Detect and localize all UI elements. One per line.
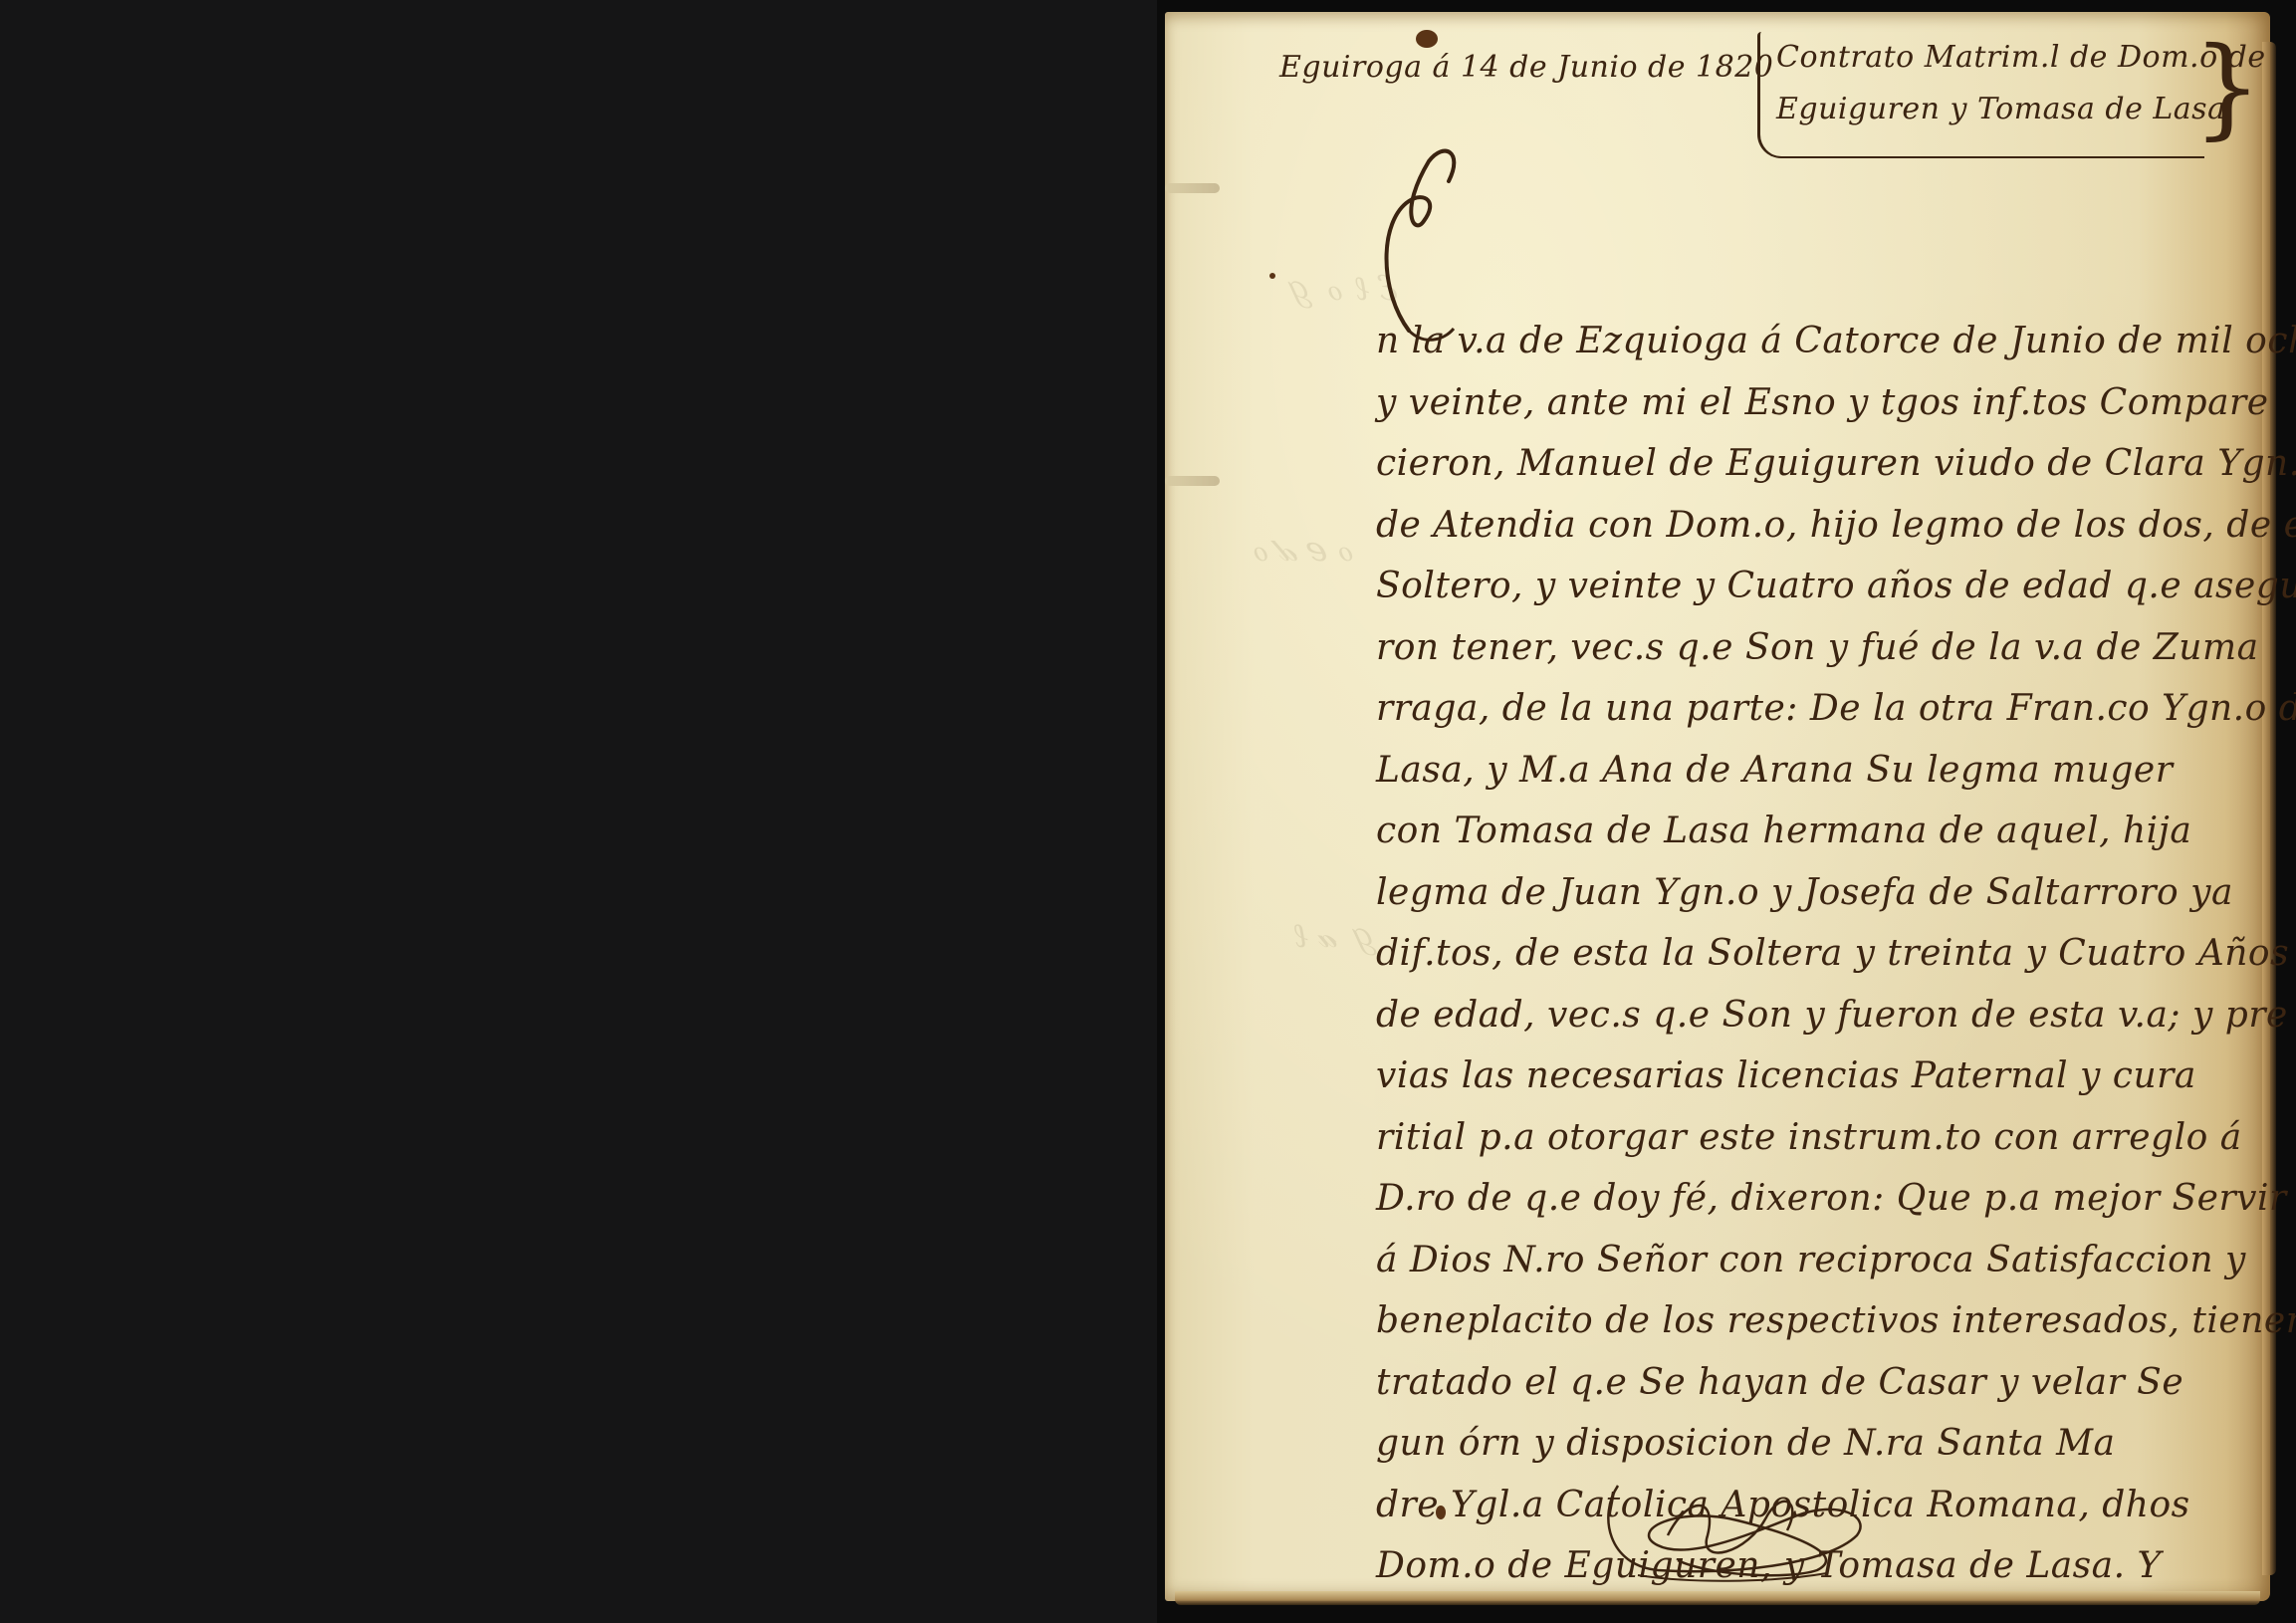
manuscript-page: ℰ ℓ ℴ ℊ ℴ ℯ 𝒹 ℴ ℊ 𝒶 ℓ Eguiroga á 14 de J… (1165, 12, 2270, 1601)
text-line: legma de Juan Ygn.o y Josefa de Saltarro… (1376, 862, 2212, 924)
manuscript-body: n la v.a de Ezquioga á Catorce de Junio … (1376, 311, 2212, 1597)
text-line: á Dios N.ro Señor con reciproca Satisfac… (1376, 1230, 2212, 1291)
title-line-2: Eguiguren y Tomasa de Lasa (1776, 84, 2204, 135)
text-line: Lasa, y M.a Ana de Arana Su legma muger (1376, 740, 2212, 802)
title-line-1: Contrato Matrim.l de Dom.o de (1776, 32, 2204, 84)
text-line: tratado el q.e Se hayan de Casar y velar… (1376, 1352, 2212, 1414)
text-line: de edad, vec.s q.e Son y fueron de esta … (1376, 985, 2212, 1046)
closing-brace: } (2192, 32, 2262, 141)
text-line: D.ro de q.e doy fé, dixeron: Que p.a mej… (1376, 1168, 2212, 1230)
binding-thread-top (1165, 183, 1220, 193)
bleed-through-text: ℊ 𝒶 ℓ (1294, 908, 1382, 957)
text-line: con Tomasa de Lasa hermana de aquel, hij… (1376, 801, 2212, 862)
text-line: ron tener, vec.s q.e Son y fué de la v.a… (1376, 617, 2212, 679)
binding-thread-middle (1165, 476, 1220, 486)
place-date-heading: Eguiroga á 14 de Junio de 1820 (1279, 50, 1773, 85)
text-line: cieron, Manuel de Eguiguren viudo de Cla… (1376, 433, 2212, 495)
signature-rubric (1598, 1476, 1877, 1585)
text-line: Soltero, y veinte y Cuatro años de edad … (1376, 556, 2212, 617)
image-viewer: ℰ ℓ ℴ ℊ ℴ ℯ 𝒹 ℴ ℊ 𝒶 ℓ Eguiroga á 14 de J… (0, 0, 2296, 1623)
page-edge-right (2262, 42, 2276, 1575)
bleed-through-text: ℴ ℯ 𝒹 ℴ (1255, 530, 1355, 570)
text-line: vias las necesarias licencias Paternal y… (1376, 1045, 2212, 1107)
text-line: ritial p.a otorgar este instrum.to con a… (1376, 1107, 2212, 1169)
text-line: de Atendia con Dom.o, hijo legmo de los … (1376, 495, 2212, 557)
text-line: gun órn y disposicion de N.ra Santa Ma (1376, 1413, 2212, 1475)
ink-blot (1416, 30, 1438, 48)
text-line: beneplacito de los respectivos interesad… (1376, 1290, 2212, 1352)
ink-dot (1269, 273, 1275, 279)
text-line: rraga, de la una parte: De la otra Fran.… (1376, 678, 2212, 740)
document-title-box: Contrato Matrim.l de Dom.o de Eguiguren … (1757, 32, 2204, 158)
text-line: n la v.a de Ezquioga á Catorce de Junio … (1376, 311, 2212, 372)
text-line: dif.tos, de esta la Soltera y treinta y … (1376, 923, 2212, 985)
text-line: y veinte, ante mi el Esno y tgos inf.tos… (1376, 372, 2212, 434)
